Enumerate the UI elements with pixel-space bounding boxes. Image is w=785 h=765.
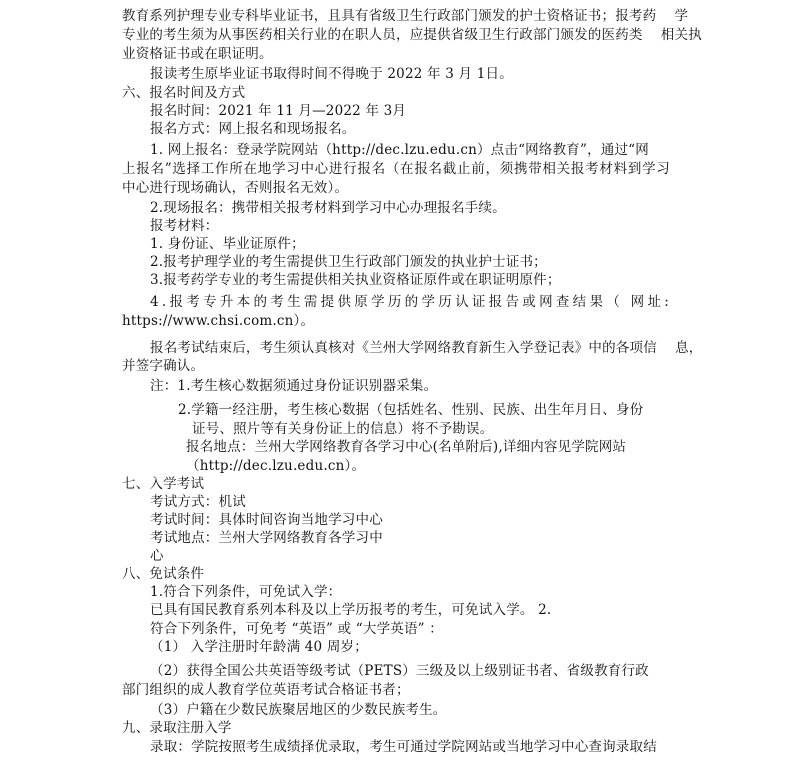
text-line: 2.学籍一经注册，考生核心数据（包括姓名、性别、民族、出生年月日、身份: [178, 401, 643, 419]
text-line: https://www.chsi.com.cn）。: [122, 312, 314, 330]
text-line: 1. 身份证、毕业证原件；: [150, 235, 305, 253]
text-line: 1.符合下列条件，可免试入学：: [150, 583, 341, 601]
text-line: 报读考生原毕业证书取得时间不得晚于 2022 年 3 月 1日。: [150, 65, 513, 83]
text-line: （3）户籍在少数民族聚居地区的少数民族考生。: [150, 701, 447, 719]
text-line: 2.现场报名：携带相关报考材料到学习中心办理报名手续。: [150, 199, 506, 217]
text-line: 4.报考专升本的考生需提供原学历的学历认证报告或网查结果（ 网址:: [150, 293, 672, 311]
text-line: 注：1.考生核心数据须通过身份证识别器采集。: [150, 377, 437, 395]
text-line: 1. 网上报名：登录学院网站（http://dec.lzu.edu.cn）点击“…: [150, 141, 670, 159]
text-line: 专业的考生须为从事医药相关行业的在职人员，应提供省级卫生行政部门颁发的医药类 相…: [122, 26, 670, 44]
text-line: 七、入学考试: [122, 475, 204, 493]
text-line: 八、免试条件: [122, 565, 204, 583]
document-page: 教育系列护理专业专科毕业证书，且具有省级卫生行政部门颁发的护士资格证书；报考药 …: [0, 0, 785, 765]
text-line: 上报名”选择工作所在地学习中心进行报名（在报名截止前，须携带相关报考材料到学习: [122, 160, 670, 178]
text-line: 并签字确认。: [122, 357, 204, 375]
text-line: 证号、照片等有关身份证上的信息）将不予勘误。: [192, 420, 493, 438]
text-line: 报名时间：2021 年 11 月—2022 年 3月: [150, 102, 406, 120]
text-line: 中心进行现场确认，否则报名无效）。: [122, 179, 348, 197]
text-line: 九、录取注册入学: [122, 719, 232, 737]
text-line: （1） 入学注册时年龄满 40 周岁；: [150, 638, 368, 656]
text-line: 符合下列条件，可免考 “英语” 或 “大学英语” ：: [150, 620, 443, 638]
text-line: 考试方式：机试: [150, 493, 246, 511]
text-line: 考试时间：具体时间咨询当地学习中心: [150, 511, 383, 529]
text-line: 部门组织的成人教育学位英语考试合格证书者；: [122, 681, 410, 699]
text-line: 录取：学院按照考生成绩择优录取，考生可通过学院网站或当地学习中心查询录取结: [150, 738, 657, 756]
text-line: 报名方式：网上报名和现场报名。: [150, 120, 356, 138]
text-line: 报名考试结束后，考生须认真核对《兰州大学网络教育新生入学登记表》中的各项信 息，: [150, 339, 703, 357]
text-line: 六、报名时间及方式: [122, 84, 245, 102]
text-line: 3.报考药学专业的考生需提供相关执业资格证原件或在职证明原件；: [150, 271, 561, 289]
text-line: 报名地点：兰州大学网络教育各学习中心(名单附后),详细内容见学院网站: [186, 438, 626, 456]
text-line: 考试地点：兰州大学网络教育各学习中: [150, 529, 383, 547]
text-line: 教育系列护理专业专科毕业证书，且具有省级卫生行政部门颁发的护士资格证书；报考药 …: [122, 7, 670, 25]
text-line: 2.报考护理学业的考生需提供卫生行政部门颁发的执业护士证书；: [150, 253, 547, 271]
text-line: 已具有国民教育系列本科及以上学历报考的考生，可免试入学。 2.: [150, 601, 551, 619]
text-line: 心: [150, 547, 164, 565]
text-line: 报考材料：: [150, 217, 219, 235]
text-line: （2）获得全国公共英语等级考试（PETS）三级及以上级别证书者、省级教育行政: [150, 662, 649, 680]
text-line: （http://dec.lzu.edu.cn）。: [186, 457, 365, 475]
text-line: 业资格证书或在职证明。: [122, 45, 273, 63]
